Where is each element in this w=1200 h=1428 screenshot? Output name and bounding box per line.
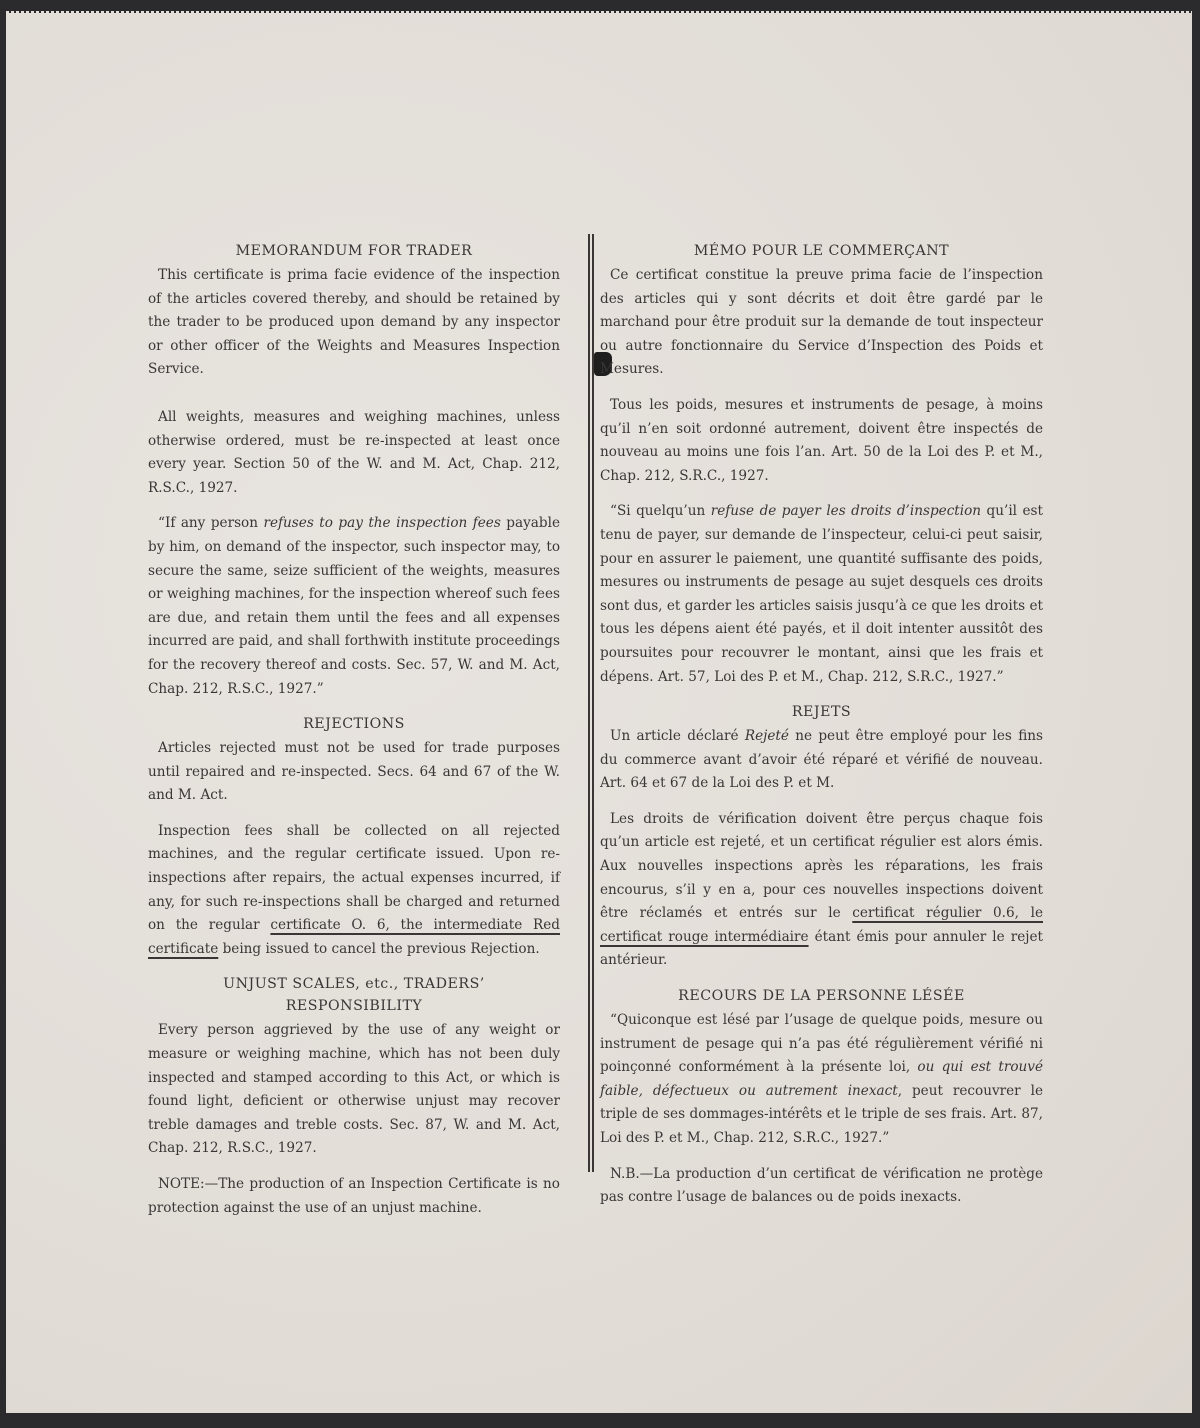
recours-title: RECOURS DE LA PERSONNE LÉSÉE	[600, 985, 1043, 1007]
paragraph-preuve: Ce certificat constitue la preuve prima …	[600, 264, 1043, 382]
memorandum-title: MEMORANDUM FOR TRADER	[148, 240, 560, 262]
paragraph-verification: Les droits de vérification doivent être …	[600, 808, 1043, 973]
rejections-title: REJECTIONS	[148, 713, 560, 735]
english-column: MEMORANDUM FOR TRADER This certificate i…	[148, 240, 560, 1232]
paragraph-rejete: Un article déclaré Rejeté ne peut être e…	[600, 725, 1043, 796]
paragraph-evidence: This certificate is prima facie evidence…	[148, 264, 560, 382]
paragraph-poids: Tous les poids, mesures et instruments d…	[600, 394, 1043, 488]
memo-title: MÉMO POUR LE COMMERÇANT	[600, 240, 1043, 262]
paragraph-nb: N.B.—La production d’un certificat de vé…	[600, 1163, 1043, 1210]
french-column: MÉMO POUR LE COMMERÇANT Ce certificat co…	[600, 240, 1043, 1222]
rejets-title: REJETS	[600, 701, 1043, 723]
paragraph-droits-quote: “Si quelqu’un refuse de payer les droits…	[600, 500, 1043, 689]
paragraph-unjust: Every person aggrieved by the use of any…	[148, 1019, 560, 1161]
column-divider	[588, 234, 594, 1172]
paragraph-fees-quote: “If any person refuses to pay the inspec…	[148, 512, 560, 701]
paragraph-reinspection: All weights, measures and weighing machi…	[148, 406, 560, 500]
paragraph-rejections: Articles rejected must not be used for t…	[148, 737, 560, 808]
paragraph-recours: “Quiconque est lésé par l’usage de quelq…	[600, 1009, 1043, 1151]
unjust-scales-title: UNJUST SCALES, etc., TRADERS’RESPONSIBIL…	[148, 973, 560, 1017]
paragraph-note: NOTE:—The production of an Inspection Ce…	[148, 1173, 560, 1220]
paragraph-rejection-fees: Inspection fees shall be collected on al…	[148, 820, 560, 962]
